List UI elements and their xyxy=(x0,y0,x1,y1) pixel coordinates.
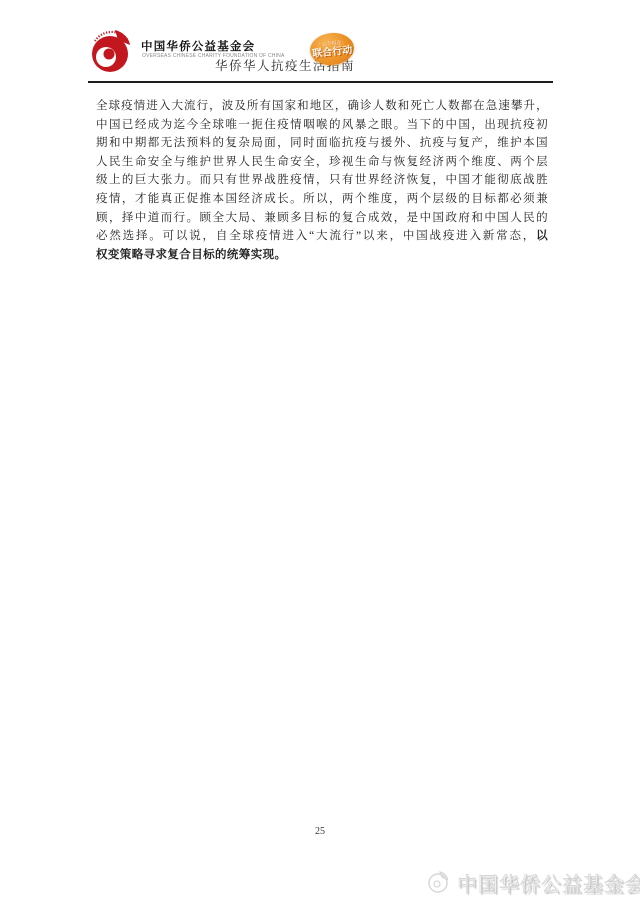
text-line: 必然选择。可以说，自全球疫情进入“大流行”以来，中国战疫进入新常态，以 xyxy=(96,227,548,246)
body-paragraph: 全球疫情进入大流行，波及所有国家和地区，确诊人数和死亡人数都在急速攀升，中国已经… xyxy=(96,97,548,264)
watermark-text: 中国华侨公益基金会 xyxy=(457,868,640,897)
text-line: 期和中期都无法预料的复杂局面，同时面临抗疫与援外、抗疫与复产，维护本国 xyxy=(96,134,548,153)
org-name: 中国华侨公益基金会 xyxy=(141,38,255,54)
text-line: 中国已经成为迄今全球唯一扼住疫情咽喉的风暴之眼。当下的中国，出现抗疫初 xyxy=(96,116,548,135)
page-number: 25 xyxy=(0,826,640,837)
text-line: 全球疫情进入大流行，波及所有国家和地区，确诊人数和死亡人数都在急速攀升， xyxy=(96,97,548,116)
document-page: 中国华侨公益基金会 OVERSEAS CHINESE CHARITY FOUND… xyxy=(0,0,640,905)
text-line: 疫情，才能真正促推本国经济成长。所以，两个维度，两个层级的目标都必须兼 xyxy=(96,190,548,209)
text-line: 级上的巨大张力。而只有世界战胜疫情，只有世界经济恢复，中国才能彻底战胜 xyxy=(96,171,548,190)
text-line: 人民生命安全与维护世界人民生命安全，珍视生命与恢复经济两个维度、两个层 xyxy=(96,153,548,172)
footer-watermark: 中国华侨公益基金会 xyxy=(426,866,640,898)
text-line: 顾，择中道而行。顾全大局、兼顾多目标的复合成效，是中国政府和中国人民的 xyxy=(96,209,548,228)
foundation-logo-icon xyxy=(87,27,135,75)
watermark-logo-icon xyxy=(426,870,450,894)
text-line: 权变策略寻求复合目标的统筹实现。 xyxy=(96,246,548,265)
header-divider xyxy=(88,81,553,83)
